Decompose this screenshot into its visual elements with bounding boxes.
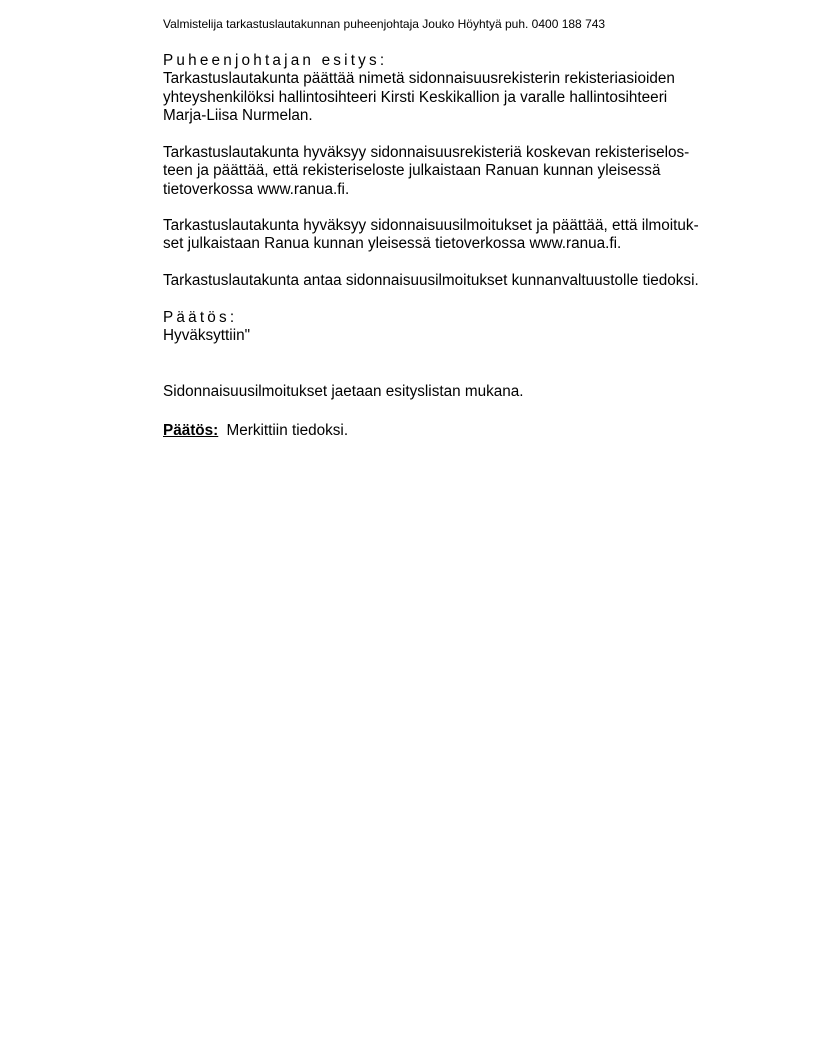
chair-proposal-heading: Puheenjohtajan esitys:	[163, 52, 675, 70]
register-paragraph-line: tietoverkossa www.ranua.fi.	[163, 181, 689, 199]
distribution-note-text: Sidonnaisuusilmoitukset jaetaan esitysli…	[163, 383, 524, 401]
chair-proposal-line: yhteyshenkilöksi hallintosihteeri Kirsti…	[163, 89, 675, 107]
register-paragraph-line: teen ja päättää, että rekisteriseloste j…	[163, 162, 689, 180]
chair-proposal-section: Puheenjohtajan esitys: Tarkastuslautakun…	[163, 52, 675, 125]
notifications-paragraph-line: set julkaistaan Ranua kunnan yleisessä t…	[163, 235, 699, 253]
quoted-decision-section: Päätös: Hyväksyttiin"	[163, 309, 250, 346]
quoted-decision-heading: Päätös:	[163, 309, 250, 327]
preparer-line: Valmistelija tarkastuslautakunnan puheen…	[163, 17, 605, 32]
chair-proposal-line: Marja-Liisa Nurmelan.	[163, 107, 675, 125]
distribution-note: Sidonnaisuusilmoitukset jaetaan esitysli…	[163, 383, 524, 401]
quoted-decision-text: Hyväksyttiin"	[163, 327, 250, 345]
council-paragraph-text: Tarkastuslautakunta antaa sidonnaisuusil…	[163, 272, 699, 290]
notifications-paragraph-line: Tarkastuslautakunta hyväksyy sidonnaisuu…	[163, 217, 699, 235]
chair-proposal-line: Tarkastuslautakunta päättää nimetä sidon…	[163, 70, 675, 88]
council-paragraph: Tarkastuslautakunta antaa sidonnaisuusil…	[163, 272, 699, 290]
register-paragraph: Tarkastuslautakunta hyväksyy sidonnaisuu…	[163, 144, 689, 199]
register-paragraph-line: Tarkastuslautakunta hyväksyy sidonnaisuu…	[163, 144, 689, 162]
notifications-paragraph: Tarkastuslautakunta hyväksyy sidonnaisuu…	[163, 217, 699, 254]
final-decision-text: Merkittiin tiedoksi.	[227, 422, 349, 439]
final-decision-label: Päätös:	[163, 422, 218, 439]
final-decision: Päätös: Merkittiin tiedoksi.	[163, 422, 348, 440]
